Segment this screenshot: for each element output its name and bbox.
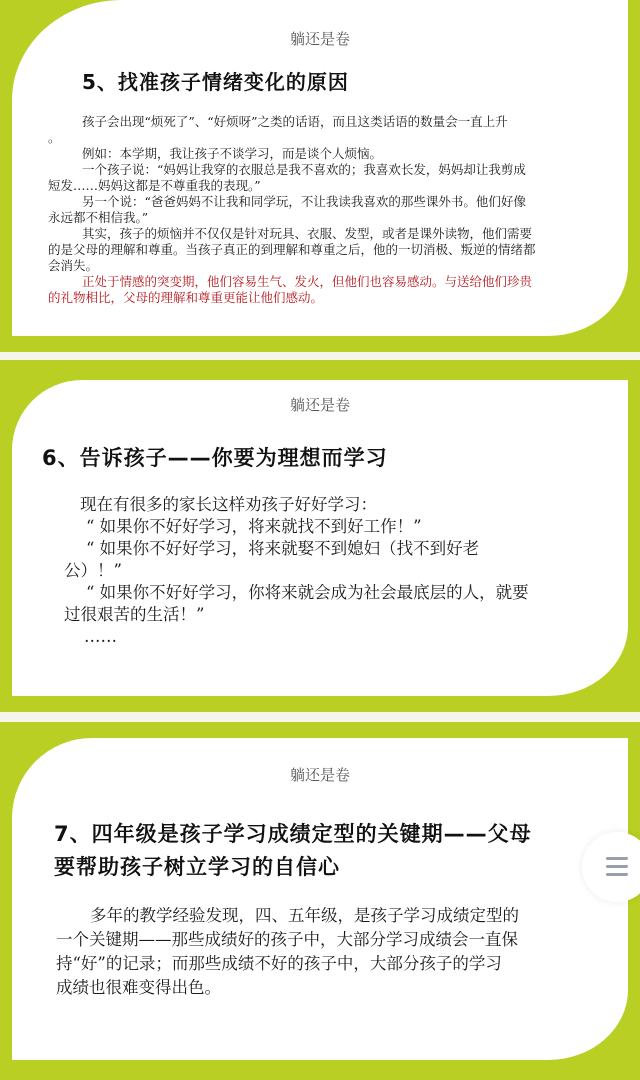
highlight-line: 正处于情感的突变期，他们容易生气、发火，但他们也容易感动。与送给他们珍贵 [48,274,536,290]
body-line: 其实，孩子的烦恼并不仅仅是针对玩具、衣服、发型，或者是课外读物，他们需要 [48,226,536,242]
body-line: “ 如果你不好好学习，将来就找不到好工作！” [12,516,529,538]
body-line: 一个关键期——那些成绩好的孩子中，大部分学习成绩会一直保 [56,928,519,952]
highlight-line: 的礼物相比，父母的理解和尊重更能让他们感动。 [48,290,536,306]
slide-body: 现在有很多的家长这样劝孩子好好学习： “ 如果你不好好学习，将来就找不到好工作！… [12,494,529,648]
body-line: 一个孩子说：“妈妈让我穿的衣服总是我不喜欢的；我喜欢长发，妈妈却让我剪成 [48,162,536,178]
slide-body: 孩子会出现“烦死了”、“好烦呀”之类的话语，而且这类话语的数量会一直上升 。 例… [48,114,536,306]
slide-body: 多年的教学经验发现，四、五年级，是孩子学习成绩定型的 一个关键期——那些成绩好的… [56,904,519,1000]
body-line: “ 如果你不好好学习，将来就娶不到媳妇（找不到好老 [12,538,529,560]
slide-title: 6、告诉孩子——你要为理想而学习 [42,442,388,472]
body-line: 另一个说：“爸爸妈妈不让我和同学玩，不让我读我喜欢的那些课外书。他们好像 [48,194,536,210]
slide-watermark: 躺还是卷 [12,394,628,415]
body-line: 过很艰苦的生活！” [12,604,529,626]
body-line: 孩子会出现“烦死了”、“好烦呀”之类的话语，而且这类话语的数量会一直上升 [48,114,536,130]
slide-watermark: 躺还是卷 [12,28,628,49]
body-line: 成绩也很难变得出色。 [56,976,519,1000]
slide-card: 躺还是卷 5、找准孩子情绪变化的原因 孩子会出现“烦死了”、“好烦呀”之类的话语… [12,0,628,336]
body-line: 会消失。 [48,258,536,274]
body-line: 多年的教学经验发现，四、五年级，是孩子学习成绩定型的 [56,904,519,928]
slide-5: 躺还是卷 5、找准孩子情绪变化的原因 孩子会出现“烦死了”、“好烦呀”之类的话语… [0,0,640,352]
body-line: 现在有很多的家长这样劝孩子好好学习： [12,494,529,516]
body-line: 例如：本学期，我让孩子不谈学习，而是谈个人烦恼。 [48,146,536,162]
slide-7: 躺还是卷 7、四年级是孩子学习成绩定型的关键期——父母 要帮助孩子树立学习的自信… [0,722,640,1080]
body-line: 。 [48,130,536,146]
body-line: “ 如果你不好好学习，你将来就会成为社会最底层的人，就要 [12,582,529,604]
body-line: 永远都不相信我。” [48,210,536,226]
title-line: 要帮助孩子树立学习的自信心 [54,851,532,884]
body-line: 公）！” [12,560,529,582]
body-line: 短发……妈妈这都是不尊重我的表现。” [48,178,536,194]
body-line: 的是父母的理解和尊重。当孩子真正的到理解和尊重之后，他的一切消极、叛逆的情绪都 [48,242,536,258]
slide-card: 躺还是卷 6、告诉孩子——你要为理想而学习 现在有很多的家长这样劝孩子好好学习：… [12,380,628,696]
slide-6: 躺还是卷 6、告诉孩子——你要为理想而学习 现在有很多的家长这样劝孩子好好学习：… [0,360,640,712]
body-line: …… [12,626,529,648]
slide-title: 7、四年级是孩子学习成绩定型的关键期——父母 要帮助孩子树立学习的自信心 [54,818,532,884]
body-line: 持“好”的记录；而那些成绩不好的孩子中，大部分孩子的学习 [56,952,519,976]
slide-title: 5、找准孩子情绪变化的原因 [82,66,349,95]
title-line: 7、四年级是孩子学习成绩定型的关键期——父母 [54,818,532,851]
slide-card: 躺还是卷 7、四年级是孩子学习成绩定型的关键期——父母 要帮助孩子树立学习的自信… [12,738,628,1060]
slide-watermark: 躺还是卷 [12,764,628,785]
